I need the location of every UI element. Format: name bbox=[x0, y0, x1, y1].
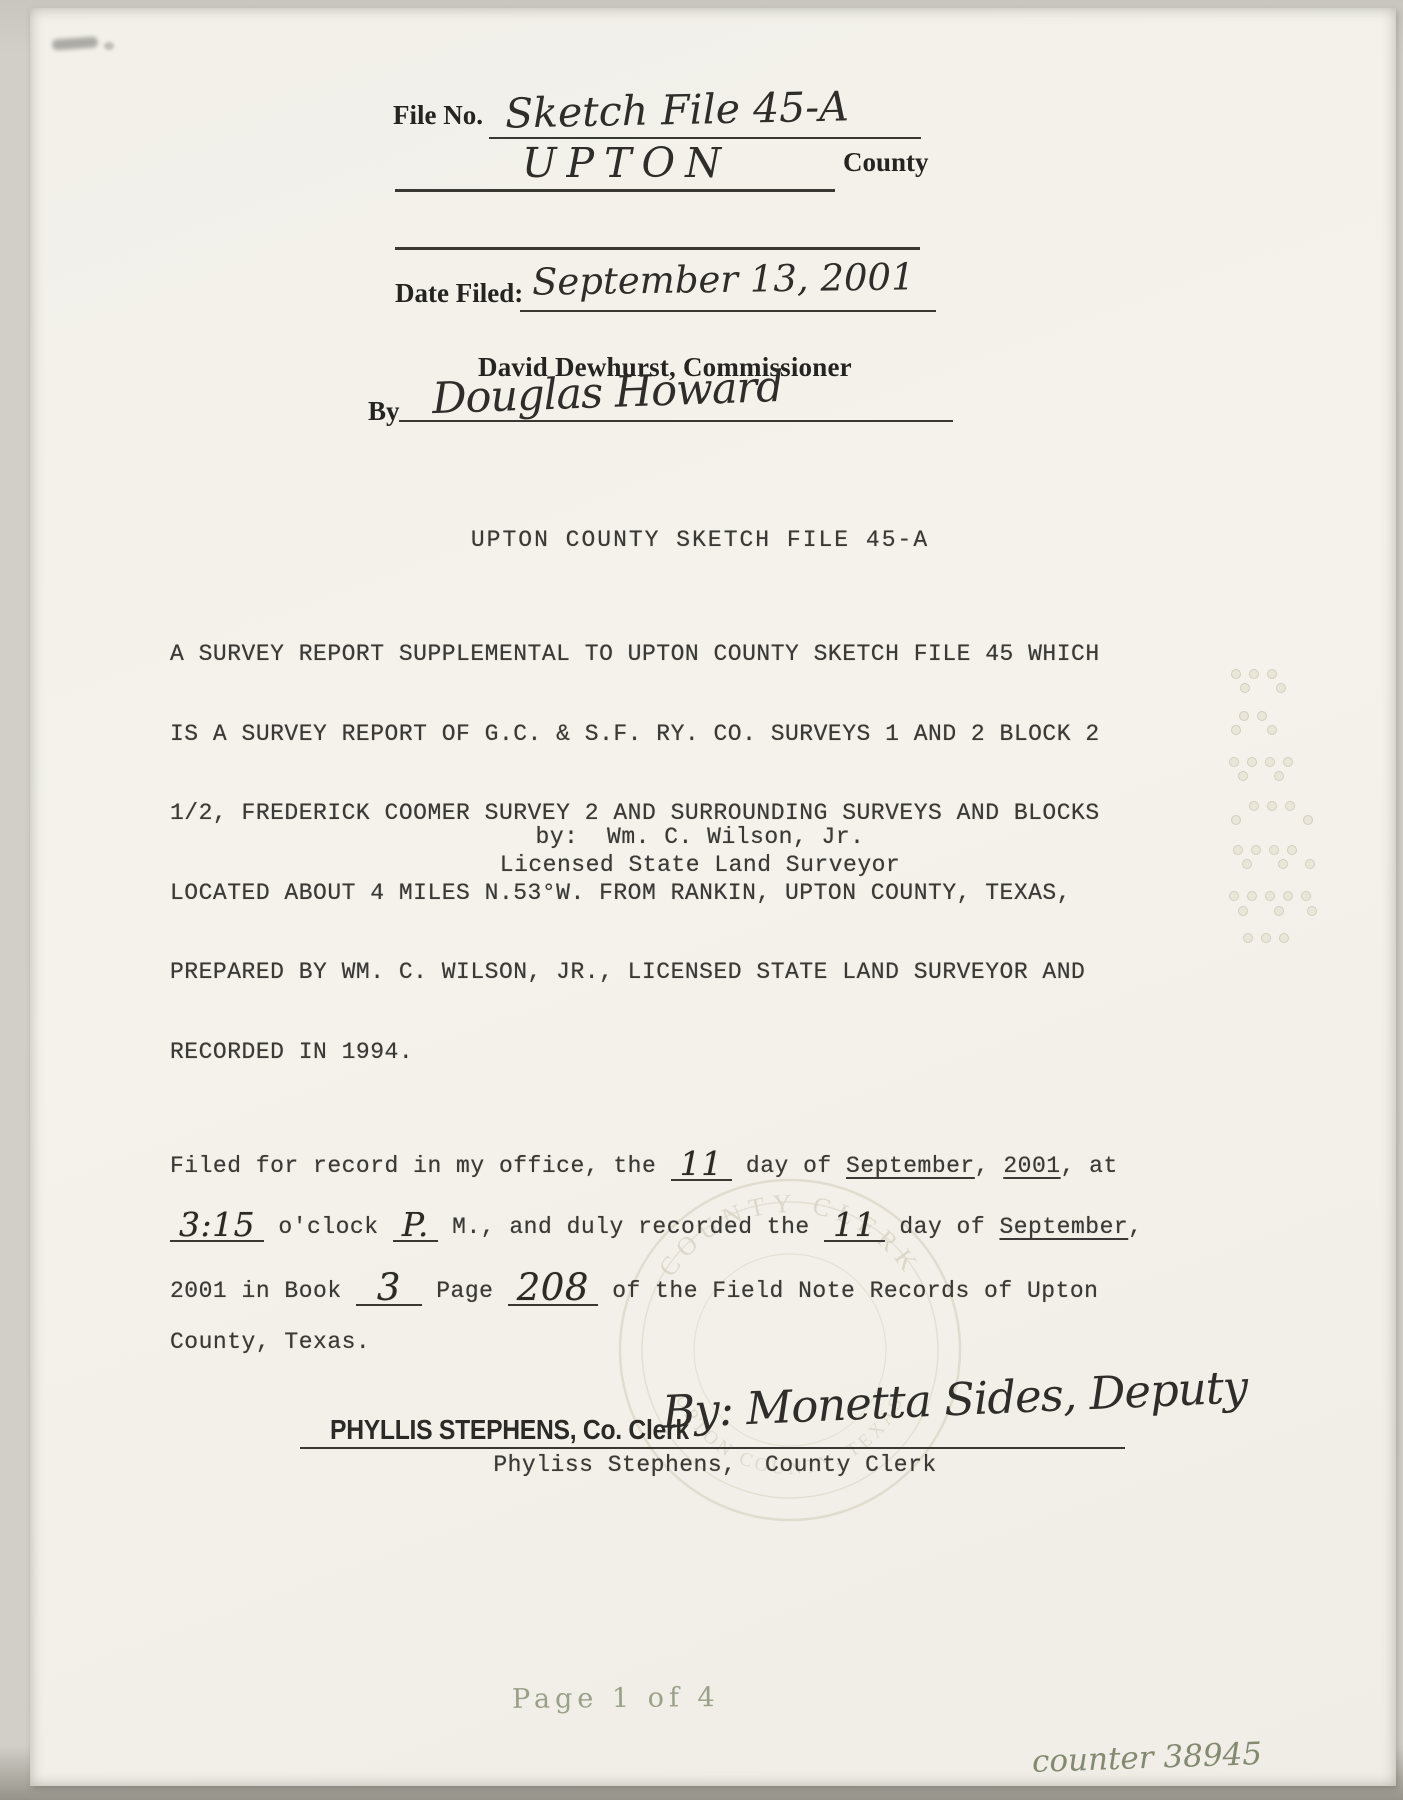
filing-day2-handwritten: 11 bbox=[824, 1210, 885, 1242]
filing-month: September bbox=[846, 1153, 975, 1179]
paragraph-line: 1/2, FREDERICK COOMER SURVEY 2 AND SURRO… bbox=[170, 800, 1250, 827]
filing-book-handwritten: 3 bbox=[356, 1271, 422, 1306]
paragraph-line: RECORDED IN 1994. bbox=[170, 1039, 1250, 1066]
clerk-typed-name: Phyliss Stephens, County Clerk bbox=[300, 1452, 1130, 1478]
filing-line-3: 2001 in Book 3 Page 208 of the Field Not… bbox=[170, 1268, 1098, 1305]
filing-ampm-handwritten: P. bbox=[393, 1210, 438, 1242]
clerk-name-stamp: PHYLLIS STEPHENS, Co. Clerk bbox=[330, 1413, 689, 1446]
filing-page-handwritten: 208 bbox=[508, 1271, 598, 1306]
filing-text: , bbox=[975, 1153, 1004, 1179]
paragraph-line: IS A SURVEY REPORT OF G.C. & S.F. RY. CO… bbox=[170, 721, 1250, 748]
filing-year: 2001 bbox=[1003, 1153, 1060, 1179]
page-number-pencil: Page 1 of 4 bbox=[512, 1682, 720, 1715]
filing-day-handwritten: 11 bbox=[671, 1149, 732, 1181]
paragraph-line: A SURVEY REPORT SUPPLEMENTAL TO UPTON CO… bbox=[170, 641, 1250, 668]
filing-month2: September bbox=[999, 1214, 1128, 1240]
paragraph-line: PREPARED BY WM. C. WILSON, JR., LICENSED… bbox=[170, 959, 1250, 986]
by-underline bbox=[399, 380, 953, 422]
blank-underline bbox=[395, 210, 920, 250]
by-label: By bbox=[368, 396, 400, 427]
county-underline bbox=[395, 150, 835, 192]
filing-text: Filed for record in my office, the bbox=[170, 1153, 671, 1179]
date-filed-underline bbox=[520, 270, 936, 312]
file-no-underline bbox=[489, 97, 921, 139]
filing-text: o'clock bbox=[264, 1214, 393, 1240]
filing-line-2: 3:15 o'clock P. M., and duly recorded th… bbox=[170, 1207, 1143, 1241]
paragraph-line: LOCATED ABOUT 4 MILES N.53°W. FROM RANKI… bbox=[170, 880, 1250, 907]
filing-text: , at bbox=[1061, 1153, 1118, 1179]
file-no-label: File No. bbox=[393, 100, 483, 131]
filing-text: , bbox=[1128, 1214, 1142, 1240]
date-filed-label: Date Filed: bbox=[395, 278, 523, 309]
filing-text: of the Field Note Records of Upton bbox=[598, 1278, 1099, 1304]
document-title: UPTON COUNTY SKETCH FILE 45-A bbox=[170, 527, 1230, 553]
county-label: County bbox=[843, 147, 929, 178]
filing-text: Page bbox=[422, 1278, 508, 1304]
author-byline: by: Wm. C. Wilson, Jr. bbox=[170, 824, 1230, 850]
staple-mark-small bbox=[104, 42, 114, 50]
filing-text: day of bbox=[885, 1214, 999, 1240]
filing-line-4: County, Texas. bbox=[170, 1329, 370, 1356]
filing-text: 2001 in Book bbox=[170, 1278, 356, 1304]
filing-line-1: Filed for record in my office, the 11 da… bbox=[170, 1146, 1118, 1180]
filing-time-handwritten: 3:15 bbox=[170, 1210, 264, 1242]
author-title: Licensed State Land Surveyor bbox=[170, 852, 1230, 878]
scanned-document: File No. Sketch File 45-A UPTON County D… bbox=[0, 0, 1403, 1800]
filing-text: M., and duly recorded the bbox=[438, 1214, 824, 1240]
filing-text: day of bbox=[732, 1153, 846, 1179]
